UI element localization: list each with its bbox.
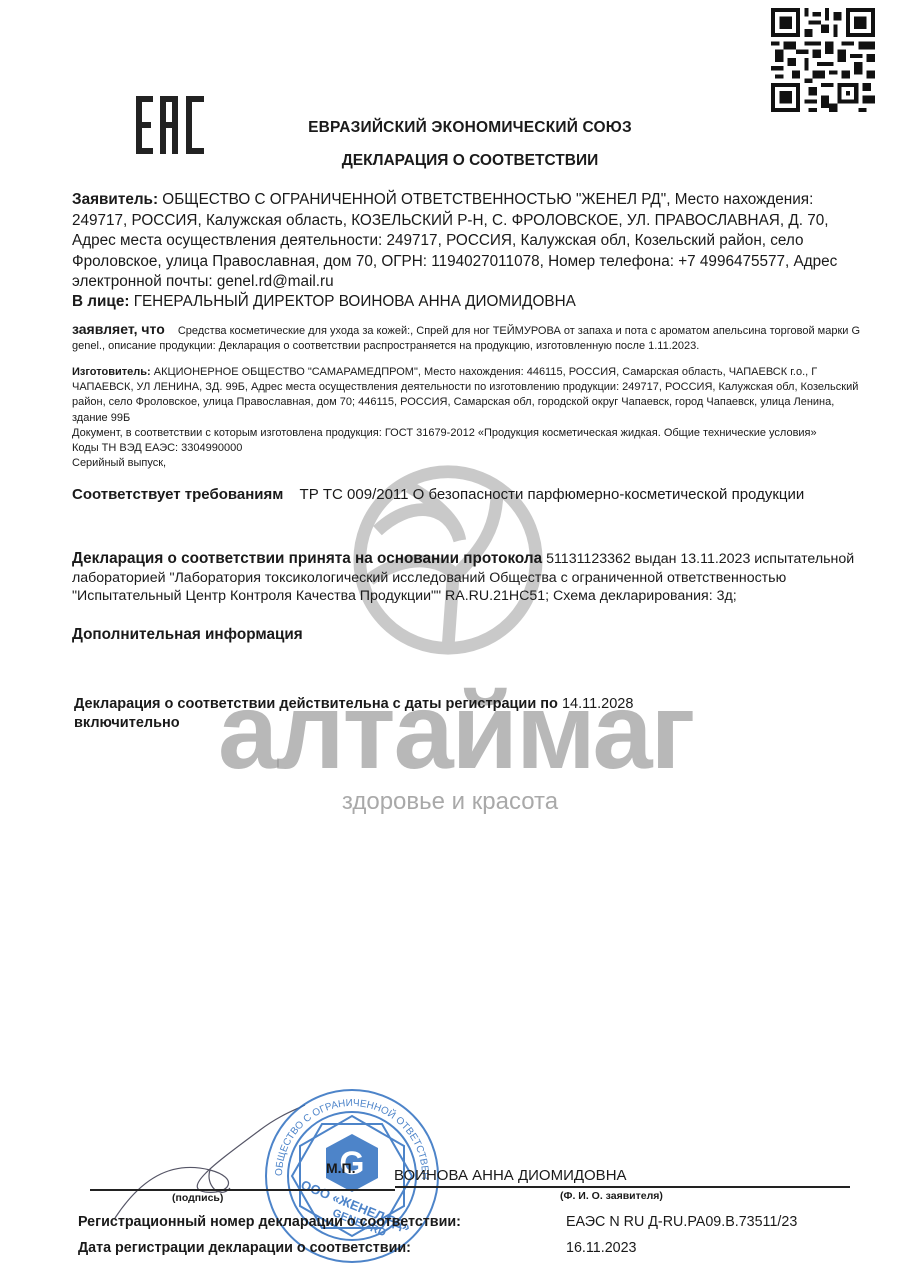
manufacturer-label: Изготовитель: [72,366,151,378]
qr-code-icon [768,8,878,112]
standard-document: Документ, в соответствии с которым изгот… [72,426,862,441]
validity-block: Декларация о соответствии действительна … [74,695,794,733]
fio-line [395,1186,850,1188]
registration-number-label: Регистрационный номер декларации о соотв… [78,1214,461,1230]
additional-info-heading: Дополнительная информация [72,626,303,644]
fio-caption: (Ф. И. О. заявителя) [560,1190,663,1202]
representative-text: ГЕНЕРАЛЬНЫЙ ДИРЕКТОР ВОИНОВА АННА ДИОМИД… [134,293,576,310]
serial-release: Серийный выпуск, [72,456,862,471]
declares-text: Средства косметические для ухода за коже… [72,325,860,352]
conforms-block: Соответствует требованиям ТР ТС 009/2011… [72,484,842,505]
manufacturer-text: АКЦИОНЕРНОЕ ОБЩЕСТВО "САМАРАМЕДПРОМ", Ме… [72,366,858,424]
registration-number: ЕАЭС N RU Д-RU.PA09.B.73511/23 [566,1214,797,1230]
stamp-mark: М.П. [326,1160,356,1176]
applicant-block: Заявитель: ОБЩЕСТВО С ОГРАНИЧЕННОЙ ОТВЕТ… [72,190,872,293]
registration-date: 16.11.2023 [566,1240,637,1256]
signature-line [90,1189,395,1191]
validity-label: Декларация о соответствии действительна … [74,696,558,712]
applicant-label: Заявитель: [72,191,158,208]
tn-ved-codes: Коды ТН ВЭД ЕАЭС: 3304990000 [72,441,862,456]
basis-block: Декларация о соответствии принята на осн… [72,550,862,606]
representative-label: В лице: [72,293,129,310]
manufacturer-block: Изготовитель: АКЦИОНЕРНОЕ ОБЩЕСТВО "САМА… [72,365,862,471]
applicant-text: ОБЩЕСТВО С ОГРАНИЧЕННОЙ ОТВЕТСТВЕННОСТЬЮ… [72,191,837,290]
conforms-label: Соответствует требованиям [72,486,283,503]
representative: В лице: ГЕНЕРАЛЬНЫЙ ДИРЕКТОР ВОИНОВА АНН… [72,293,872,311]
validity-suffix: включительно [74,715,180,731]
declares-label: заявляет, что [72,321,165,337]
union-title: ЕВРАЗИЙСКИЙ ЭКОНОМИЧЕСКИЙ СОЮЗ [0,119,900,137]
registration-date-label: Дата регистрации декларации о соответств… [78,1240,411,1256]
document-title: ДЕКЛАРАЦИЯ О СООТВЕТСТВИИ [0,152,900,170]
watermark-tagline: здоровье и красота [240,788,660,816]
conforms-text: ТР ТС 009/2011 О безопасности парфюмерно… [300,486,805,503]
applicant-fio: ВОИНОВА АННА ДИОМИДОВНА [394,1167,627,1184]
declares-block: заявляет, что Средства косметические для… [72,322,862,354]
signature-caption: (подпись) [172,1192,223,1204]
validity-date: 14.11.2028 [562,696,634,712]
basis-label: Декларация о соответствии принята на осн… [72,550,542,567]
